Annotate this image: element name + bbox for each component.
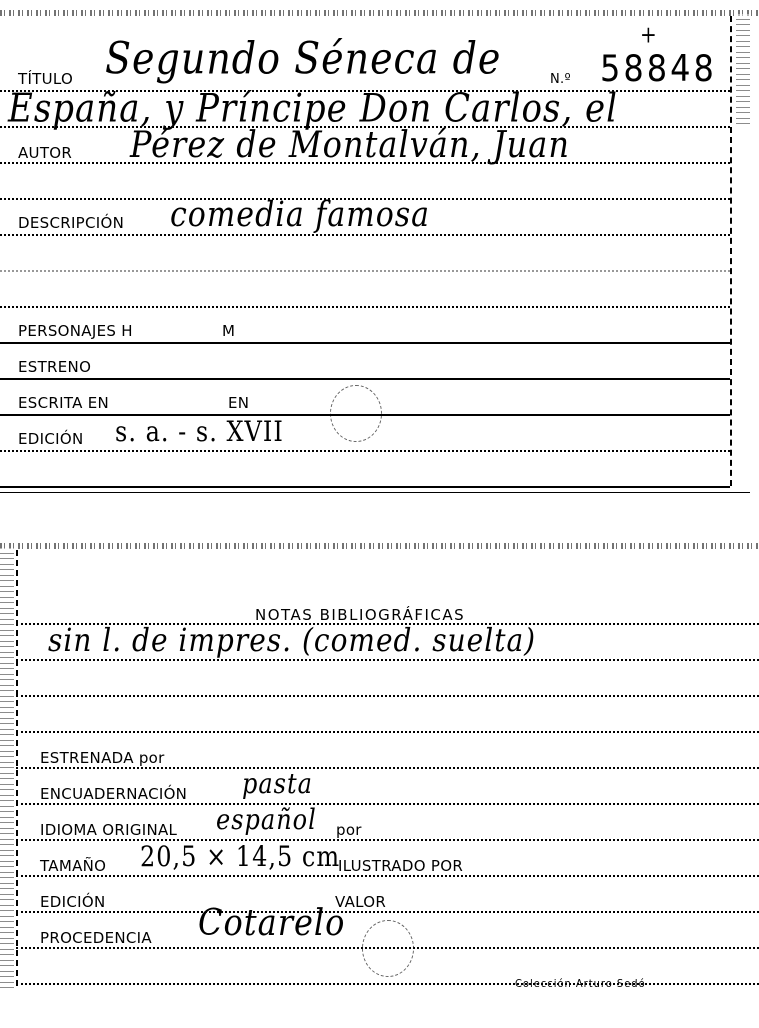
value-notas: sin l. de impres. (comed. suelta) [48,621,536,659]
label-ilustrado-por: ILUSTRADO POR [338,857,463,875]
scan-edge-noise-left [0,548,14,988]
catalog-card-back: NOTAS BIBLIOGRÁFICAS sin l. de impres. (… [0,540,759,1028]
rule-line [16,767,759,769]
scan-edge-noise-right [736,14,750,124]
value-autor: Pérez de Montalván, Juan [130,122,570,166]
label-idioma-original: IDIOMA ORIGINAL [40,821,177,839]
label-descripcion: DESCRIPCIÓN [18,214,124,232]
scan-edge-noise [0,543,759,549]
label-tamano: TAMAÑO [40,857,106,875]
label-personajes-m: M [222,322,235,340]
rule-line [16,983,759,985]
rule-line [0,450,730,452]
stamp-mark [362,920,414,977]
rule-line [16,803,759,805]
numero-cross-mark: + [640,20,658,48]
label-en: EN [228,394,249,412]
card-right-border [730,16,732,486]
rule-line [16,731,759,733]
rule-line [16,659,759,661]
rule-line [0,378,730,380]
label-numero: N.º [550,72,571,87]
value-descripcion: comedia famosa [170,195,430,235]
stamp-mark [330,385,382,442]
value-numero: 58848 [600,46,717,90]
label-edicion-bottom: EDICIÓN [40,893,105,911]
label-escrita-en: ESCRITA EN [18,394,109,412]
label-personajes-h: PERSONAJES H [18,322,133,340]
value-procedencia: Cotarelo [198,900,345,944]
label-estrenada-por: ESTRENADA por [40,749,165,767]
value-titulo-line1: Segundo Séneca de [105,33,501,84]
label-encuadernacion: ENCUADERNACIÓN [40,785,187,803]
value-tamano: 20,5 × 14,5 cm [140,841,340,873]
card-bottom-edge [0,492,750,493]
rule-line [16,695,759,697]
rule-line [0,342,730,344]
collection-footer: Colección Arturo Sedó [515,977,646,990]
rule-line [0,486,730,488]
catalog-card-front: TÍTULO Segundo Séneca de N.º 58848 + Esp… [0,0,759,500]
value-edicion: s. a. - s. XVII [115,416,284,448]
rule-line [16,875,759,877]
label-estreno: ESTRENO [18,358,91,376]
value-encuadernacion: pasta [242,768,313,800]
label-idioma-por: por [336,821,362,839]
value-idioma: español [216,804,317,836]
rule-line [16,839,759,841]
label-procedencia: PROCEDENCIA [40,929,152,947]
scan-edge-noise [0,10,759,16]
rule-line [0,306,730,308]
label-edicion: EDICIÓN [18,430,83,448]
label-autor: AUTOR [18,144,72,162]
rule-line [0,270,730,272]
rule-line [16,911,759,913]
